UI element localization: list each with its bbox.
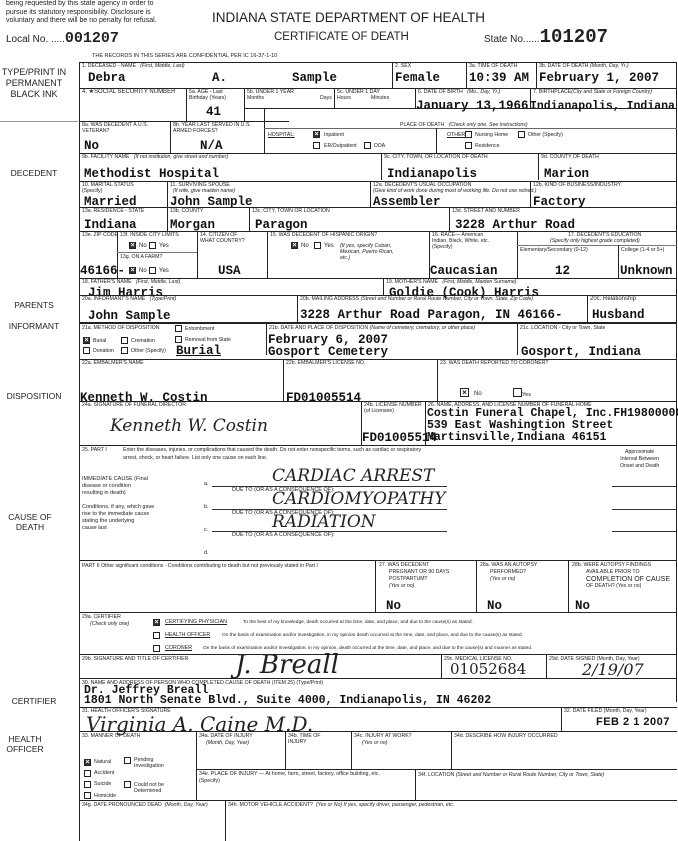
college-label: College (1-4 or 5+) — [621, 247, 664, 253]
undetermined-label: Could not be Determined — [134, 782, 168, 794]
interval-line — [612, 486, 676, 487]
suicide-label: Suicide — [94, 781, 111, 788]
coroner-yes-label: Yes — [522, 392, 531, 398]
race-label: 16. RACE— American Indian, Black, White,… — [432, 232, 497, 250]
divider — [225, 800, 226, 841]
divider — [79, 322, 677, 324]
divider — [79, 678, 677, 679]
embalmer-license: FD01005514 — [286, 392, 361, 405]
divider — [167, 181, 168, 231]
city-limits-no-checkbox[interactable]: × — [129, 242, 136, 249]
divider — [79, 359, 677, 360]
divider — [517, 322, 518, 355]
donation-label: Donation — [93, 348, 114, 354]
side-cause-of-death: CAUSE OF DEATH — [0, 512, 60, 532]
accident-label: Accident — [94, 770, 114, 777]
license-number-label: 24b. LICENSE NUMBER (of Licensee) — [364, 402, 424, 414]
divider — [196, 731, 197, 800]
dob-label: 6. DATE OF BIRTH (Mo., Day, Yr.) — [418, 89, 500, 95]
coroner-label: CORONER — [165, 645, 192, 652]
privacy-line: pursue its statutory responsibility. Dis… — [6, 9, 157, 18]
interval-line — [612, 509, 676, 510]
dob-value: January 13,1966 — [416, 100, 529, 113]
divider — [351, 731, 352, 769]
certifier-signature-label: 29b. SIGNATURE AND TITLE OF CERTIFIER — [82, 656, 188, 662]
undetermined-checkbox[interactable] — [124, 781, 131, 788]
burial-checkbox[interactable]: × — [83, 337, 90, 344]
divider — [517, 245, 677, 246]
birthplace-label: 7. BIRTHPLACE(City and State or Foreign … — [533, 89, 652, 95]
divider — [283, 359, 284, 401]
zip-value: 46166- — [80, 265, 125, 278]
coroner-no-label: No — [474, 391, 482, 397]
divider — [618, 245, 619, 278]
farm-yes-checkbox[interactable] — [149, 267, 156, 274]
other-disposition-label: Other (Specify) — [131, 348, 166, 354]
homicide-checkbox[interactable] — [84, 792, 91, 799]
city-limits-label: 13f. INSIDE CITY LIMITS — [120, 232, 179, 238]
cause-a: CARDIAC ARREST — [272, 466, 434, 486]
days-label: Days — [320, 95, 332, 101]
doa-checkbox[interactable] — [364, 142, 371, 149]
date-filed: FEB 2 1 2007 — [596, 716, 670, 728]
divider — [370, 181, 371, 207]
part2-label: PART II Other significant conditions - C… — [82, 563, 318, 570]
side-decedent: DECEDENT — [0, 168, 68, 178]
ssn-label: 4. ★SOCIAL SECURITY NUMBER — [82, 89, 175, 95]
coroner-no-checkbox[interactable]: × — [460, 388, 469, 397]
line-c-letter: c. — [204, 527, 208, 534]
mother-label: 19. MOTHER'S NAME (First, Middle, Maiden… — [386, 279, 516, 285]
er-outpatient-label: ER/Outpatient — [324, 143, 357, 149]
residence-county-label: 13b. COUNTY — [170, 208, 203, 214]
name-label: 1. DECEASED - NAME (First, Middle, Last) — [82, 63, 185, 69]
pending-checkbox[interactable] — [124, 757, 131, 764]
pending-label: Pending Investigation — [134, 757, 174, 769]
divider — [466, 62, 467, 88]
agency-name: INDIANA STATE DEPARTMENT OF HEALTH — [212, 10, 485, 25]
autopsy-label: 28a. WAS AN AUTOPSYPERFORMED?(Yes or no) — [480, 562, 537, 583]
hospital-label: HOSPITAL: — [268, 132, 295, 138]
health-officer-label: HEALTH OFFICER — [165, 632, 210, 639]
pregnant-label: 27. WAS DECEDENTPREGNANT OR 90 DAYSPOSTP… — [379, 562, 449, 590]
injury-time-label: 34b. TIME OF INJURY — [288, 733, 328, 745]
divider — [267, 231, 268, 278]
removal-label: Removal from State — [185, 337, 231, 343]
armed-forces-value: N/A — [200, 140, 223, 153]
sex-label: 2. SEX — [395, 63, 411, 69]
vehicle-label: 34h. MOTOR VEHICLE ACCIDENT? (Yes or No)… — [228, 802, 454, 808]
form-right-border — [676, 62, 677, 702]
hispanic-yes-checkbox[interactable] — [314, 242, 321, 249]
divider — [334, 88, 335, 108]
hours-label: Hours — [337, 95, 351, 101]
divider — [568, 560, 569, 612]
state-number: State No......101207 — [484, 26, 608, 48]
line-d-letter: d. — [204, 550, 209, 557]
yes-label: Yes — [159, 268, 169, 274]
certifying-physician-label: CERTIFYING PHYSICIAN — [165, 619, 227, 626]
privacy-line: voluntary and there will be no penalty f… — [6, 17, 157, 26]
injury-date-hint: (Month, Day, Year) — [206, 740, 249, 746]
certifying-physician-checkbox[interactable]: × — [153, 619, 160, 626]
divider — [392, 62, 393, 88]
residence-checkbox[interactable] — [465, 142, 472, 149]
divider — [196, 769, 677, 770]
state-no-value: 101207 — [540, 26, 608, 48]
street-label: 13d. STREET AND NUMBER — [452, 208, 520, 214]
director-signature-label: 24a. SIGNATURE OF FUNERAL DIRECTOR — [82, 402, 186, 408]
no-label: No — [139, 243, 147, 249]
county-of-death: Marion — [544, 168, 589, 181]
divider — [587, 295, 588, 322]
natural-checkbox[interactable]: × — [84, 759, 91, 766]
divider — [79, 445, 677, 446]
age-label: 5a. AGE - Last Birthday (Years) — [189, 89, 241, 101]
cremation-label: Cremation — [131, 338, 155, 344]
divider — [530, 181, 531, 207]
divider — [244, 88, 245, 121]
entombment-checkbox[interactable] — [175, 325, 182, 332]
line-a-letter: a. — [204, 481, 209, 488]
embalmer-license-label: 22b. EMBALMER'S LICENSE NO. — [286, 360, 365, 366]
veteran-value: No — [84, 140, 99, 153]
yes-label: Yes — [159, 243, 169, 249]
side-informant: INFORMANT — [0, 321, 68, 331]
other-place-checkbox[interactable] — [518, 131, 525, 138]
doa-label: DOA — [374, 143, 385, 149]
facility-value: Methodist Hospital — [84, 168, 219, 181]
divider — [451, 731, 452, 769]
findings-label: 28b. WERE AUTOPSY FINDINGSAVAILABLE PRIO… — [572, 562, 670, 590]
completed-by-address: 1801 North Senate Blvd., Suite 4000, Ind… — [84, 695, 491, 706]
funeral-home-line: Martinsville,Indiana 46151 — [427, 432, 606, 444]
divider — [381, 153, 382, 180]
divider — [536, 62, 537, 88]
divider — [79, 731, 677, 732]
coroner-checkbox[interactable] — [153, 645, 160, 652]
injury-work-hint: (Yes or no) — [362, 740, 387, 746]
first-name: Debra — [88, 72, 126, 85]
farm-label: 13g. ON A FARM? — [120, 254, 162, 260]
last-name: Sample — [292, 72, 337, 85]
interval-line — [612, 531, 676, 532]
er-outpatient-checkbox[interactable] — [313, 142, 320, 149]
divider — [425, 401, 426, 445]
confidential-notice: THE RECORDS IN THIS SERIES ARE CONFIDENT… — [92, 53, 277, 59]
disposition-place: Gosport Cemetery — [268, 346, 388, 359]
removal-checkbox[interactable] — [175, 336, 182, 343]
divider — [79, 612, 677, 613]
residence-label: Residence — [475, 143, 500, 149]
pronounced-label: 34g. DATE PRONOUNCED DEAD (Month, Day, Y… — [82, 802, 208, 808]
nursing-home-checkbox[interactable] — [465, 131, 472, 138]
divider — [186, 88, 187, 121]
occupation-hint: (Give kind of work done during most of w… — [373, 188, 536, 194]
part1-instruction: arrest, shock, or heart failure. List on… — [123, 455, 267, 461]
armed-forces-label: 8b. YEAR LAST SERVED IN U.S. ARMED FORCE… — [173, 122, 258, 134]
no-label: No — [301, 243, 309, 249]
inpatient-label: Inpatient — [324, 132, 344, 138]
due-to-label: DUE TO (OR AS A CONSEQUENCE OF): — [232, 532, 334, 539]
divider — [249, 207, 250, 231]
father-label: 18. FATHER'S NAME (First, Middle, Last) — [82, 279, 180, 285]
certifying-physician-text: To the best of my knowledge, death occur… — [243, 619, 473, 626]
suicide-checkbox[interactable] — [84, 781, 91, 788]
homicide-label: Homicide — [94, 793, 116, 800]
divider — [264, 128, 677, 129]
cause-b: CARDIOMYOPATHY — [272, 489, 446, 509]
divider — [79, 654, 677, 655]
spouse-label: 11. SURVIVING SPOUSE (If wife, give maid… — [170, 182, 235, 194]
time-of-death-label: 3a. TIME OF DEATH — [469, 63, 517, 69]
divider — [264, 108, 265, 153]
side-certifier: CERTIFIER — [0, 696, 68, 706]
divider — [266, 322, 267, 355]
date-of-death: February 1, 2007 — [539, 72, 659, 85]
other-place-label: Other (Specify) — [528, 132, 563, 138]
privacy-notice: being requested by this state agency in … — [6, 0, 157, 26]
burial-label: Burial — [93, 338, 106, 344]
divider — [297, 295, 298, 322]
coroner-reported-label: 23. WAS DEATH REPORTED TO CORONER? — [440, 360, 548, 366]
part1-instruction: Enter the diseases, injuries, or complic… — [123, 447, 421, 453]
city-of-death: Indianapolis — [387, 168, 477, 181]
local-no-label: Local No. ..... — [6, 34, 65, 45]
donation-checkbox[interactable] — [83, 347, 90, 354]
divider — [561, 707, 562, 731]
other-label: OTHER — [447, 132, 465, 138]
embalmer-label: 22a. EMBALMER'S NAME — [82, 360, 144, 366]
interval-label: ApproximateInterval BetweenOnset and Dea… — [620, 449, 659, 470]
divider — [476, 560, 477, 612]
coroner-yes-checkbox[interactable] — [513, 388, 522, 397]
divider — [436, 128, 437, 153]
date-place-label: 21b. DATE AND PLACE OF DISPOSITION (Name… — [269, 325, 475, 331]
mailing-address-label: 20b. MAILING ADDRESS (Street and Number … — [300, 296, 533, 302]
cause-c: RADIATION — [272, 512, 376, 532]
form-left-border — [79, 62, 80, 841]
natural-label: Natural — [94, 759, 111, 766]
date-filed-label: 32. DATE FILED (Month, Day, Year) — [564, 708, 647, 714]
veteran-label: 8a. WAS DECEDENT A U.S. VETERAN? — [82, 122, 162, 134]
local-number: Local No. .....001207 — [6, 30, 119, 47]
divider — [197, 231, 198, 278]
certifier-signature: J. Breall — [235, 650, 339, 680]
divider — [244, 108, 677, 109]
divider — [546, 654, 547, 678]
college-value: Unknown — [620, 265, 673, 278]
divider — [449, 207, 450, 231]
other-disposition-value: Burial — [176, 345, 221, 358]
cremation-checkbox[interactable] — [121, 337, 128, 344]
immediate-cause-label: IMMEDIATE CAUSE (Finaldisease or conditi… — [82, 476, 148, 497]
citizen-label: 14. CITIZEN OF WHAT COUNTRY? — [200, 232, 252, 244]
elementary-value: 12 — [555, 265, 570, 278]
divider — [383, 278, 384, 295]
informant-label: 20a. INFORMANT'S NAME (Type/Print) — [82, 296, 176, 302]
privacy-line: being requested by this state agency in … — [6, 0, 157, 9]
health-officer-text: On the basis of examination and/or inves… — [222, 632, 523, 639]
county-of-death-label: 9d. COUNTY OF DEATH — [541, 154, 599, 160]
residence-state-label: 13a. RESIDENCE - STATE — [82, 208, 144, 214]
manner-label: 33. MANNER OF DEATH — [82, 733, 140, 739]
date-signed: 2/19/07 — [582, 660, 644, 679]
disposition-location-label: 21c. LOCATION - City or Town, State — [520, 325, 605, 331]
facility-label: 9b. FACILITY NAME (If not institution, g… — [82, 154, 228, 160]
conditions-label: Conditions, if any, which gaverise to th… — [82, 504, 154, 532]
injury-location-label: 34f. LOCATION (Street and Number or Rura… — [418, 772, 604, 778]
mailing-address: 3228 Arthur Road Paragon, IN 46166- — [300, 309, 563, 322]
divider — [375, 560, 376, 612]
method-label: 21a. METHOD OF DISPOSITION — [82, 325, 160, 331]
date-of-death-label: 3b. DATE OF DEATH (Month, Day, Yr.) — [539, 63, 629, 69]
age-value: 41 — [206, 106, 221, 119]
divider — [517, 231, 518, 278]
director-signature: Kenneth W. Costin — [110, 416, 268, 436]
inpatient-checkbox[interactable]: × — [313, 131, 320, 138]
certifier-label: 29a. CERTIFIER(Check only one) — [82, 614, 129, 628]
hispanic-label: 15. WAS DECEDENT OF HISPANIC ORIGIN? — [270, 232, 377, 238]
side-divider — [0, 121, 78, 122]
medical-license: 01052684 — [450, 660, 526, 678]
divider — [538, 153, 539, 180]
marital-label: 10. MARITAL STATUS (Specify) — [82, 182, 142, 194]
injury-place-label: 34e. PLACE OF INJURY — At home, farm, st… — [199, 771, 399, 785]
business-label: 12b. KIND OF BUSINESS/INDUSTRY — [533, 182, 621, 188]
relationship-value: Husband — [592, 309, 645, 322]
divider — [79, 207, 677, 208]
sex-value: Female — [395, 72, 440, 85]
time-of-death: 10:39 AM — [469, 72, 529, 85]
farm-no-checkbox[interactable]: × — [129, 267, 136, 274]
divider — [441, 654, 442, 678]
education-hint: (Specify only highest grade completed) — [550, 238, 640, 244]
race-value: Caucasian — [430, 265, 498, 278]
relationship-label: 20c. Relationship — [590, 296, 636, 302]
middle-name: A. — [212, 72, 227, 85]
divider — [79, 800, 677, 801]
local-no-value: 001207 — [65, 30, 119, 47]
injury-work-label: 34c. INJURY AT WORK? — [354, 733, 412, 739]
disposition-location: Gosport, Indiana — [521, 346, 641, 359]
hispanic-no-checkbox[interactable]: × — [291, 242, 298, 249]
line-b-letter: b. — [204, 504, 209, 511]
part1-label: 25. PART I — [82, 447, 107, 453]
minutes-label: Minutes — [371, 95, 389, 101]
citizen-value: USA — [218, 265, 241, 278]
health-officer-checkbox[interactable] — [153, 632, 160, 639]
birthplace-value: Indianapolis, Indiana — [530, 100, 675, 113]
state-no-label: State No...... — [484, 34, 540, 45]
divider — [117, 231, 118, 278]
other-disposition-checkbox[interactable] — [121, 347, 128, 354]
divider — [285, 731, 286, 769]
months-label: Months — [247, 95, 264, 101]
city-limits-yes-checkbox[interactable] — [149, 242, 156, 249]
side-disposition: DISPOSITION — [0, 391, 68, 401]
city-of-death-label: 9c. CITY, TOWN, OR LOCATION OF DEATH — [384, 154, 488, 160]
divider — [117, 252, 197, 253]
divider — [415, 769, 416, 800]
no-label: No — [139, 268, 147, 274]
injury-describe-label: 34d. DESCRIBE HOW INJURY OCCURRED — [454, 733, 558, 739]
divider — [79, 560, 677, 561]
document-title: CERTIFICATE OF DEATH — [274, 31, 409, 43]
residence-city-label: 13c. CITY, TOWN OR LOCATION — [252, 208, 330, 214]
side-health-officer: HEALTH OFFICER — [0, 734, 50, 754]
nursing-home-label: Nursing Home — [475, 132, 508, 138]
yes-label: Yes — [324, 243, 334, 249]
side-parents: PARENTS — [0, 300, 68, 310]
accident-checkbox[interactable] — [84, 770, 91, 777]
divider — [170, 121, 171, 153]
hispanic-hint: (If yes, specify Cuban, Mexican, Puerto … — [340, 243, 404, 261]
elementary-label: Elementary/Secondary (0-12) — [520, 247, 588, 253]
divider — [437, 359, 438, 401]
injury-date-label: 34a. DATE OF INJURY — [199, 733, 253, 739]
side-type-print: TYPE/PRINT IN PERMANENT BLACK INK — [0, 67, 68, 100]
entombment-label: Entombment — [185, 326, 214, 332]
zip-label: 13e. ZIP CODE — [82, 232, 118, 238]
